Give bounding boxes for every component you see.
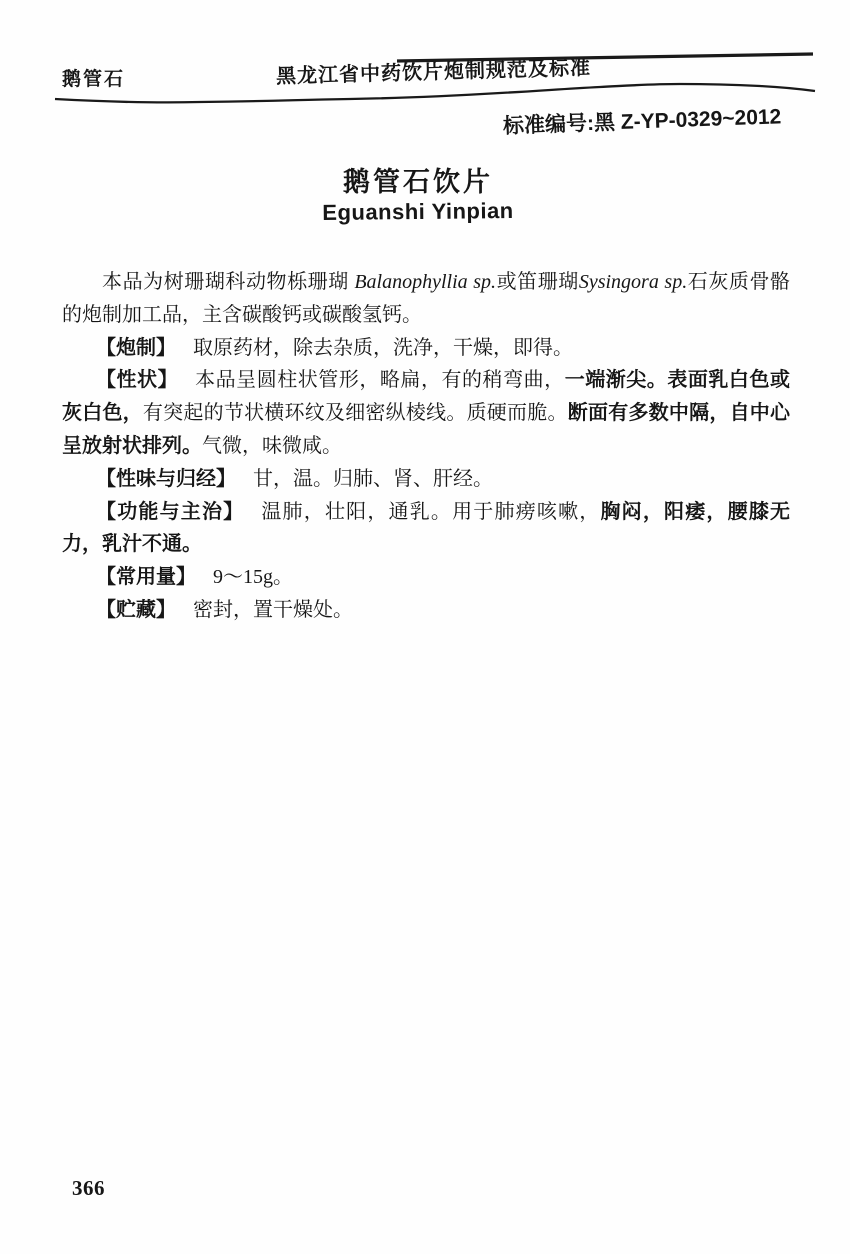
section-paozhi: 【炮制】取原药材，除去杂质，洗净，干燥，即得。 [62,332,790,365]
section-changyongliang: 【常用量】9～15g。 [62,561,790,594]
section-text-xingwei-guijing: 甘，温。归肺、肾、肝经。 [253,468,493,490]
section-label-xingzhuang: 【性状】 [96,369,178,391]
intro-lead: 本品为树珊瑚科动物栎珊瑚 [102,271,354,293]
monograph-body: 本品为树珊瑚科动物栎珊瑚 Balanophyllia sp.或笛珊瑚Sysing… [62,266,790,627]
section-label-zhucang: 【贮藏】 [96,599,176,621]
section-label-paozhi: 【炮制】 [96,337,176,359]
intro-paragraph: 本品为树珊瑚科动物栎珊瑚 Balanophyllia sp.或笛珊瑚Sysing… [62,266,790,332]
intro-mid: 或笛珊瑚 [496,271,579,293]
section-label-xingwei-guijing: 【性味与归经】 [96,468,236,490]
section-text-zhucang: 密封，置干燥处。 [193,599,353,621]
section-gongneng-zhuzhi: 【功能与主治】温肺，壮阳，通乳。用于肺痨咳嗽，胸闷，阳痿，腰膝无力，乳汁不通。 [62,496,790,562]
page-number: 366 [72,1176,105,1201]
section-zhucang: 【贮藏】密封，置干燥处。 [62,594,790,627]
latin-name-sysingora: Sysingora sp. [579,271,687,293]
section-label-changyongliang: 【常用量】 [96,566,196,588]
xingzhuang-seg5: 气微，味微咸。 [202,435,342,457]
section-xingwei-guijing: 【性味与归经】甘，温。归肺、肾、肝经。 [62,463,790,496]
section-label-gongneng-zhuzhi: 【功能与主治】 [96,501,244,523]
xingzhuang-seg3: 有突起的节状横环纹及细密纵棱线。质硬而脆。 [143,402,568,424]
monograph-title: 鹅管石饮片 [0,160,843,199]
section-xingzhuang: 【性状】本品呈圆柱状管形，略扁，有的稍弯曲，一端渐尖。表面乳白色或灰白色，有突起… [62,364,790,462]
xingzhuang-seg1: 本品呈圆柱状管形，略扁，有的稍弯曲， [195,369,565,391]
scanned-document-page: 鹅管石 黑龙江省中药饮片炮制规范及标准 标准编号:黑 Z-YP-0329~201… [0,0,850,1254]
section-text-changyongliang: 9～15g。 [213,566,293,588]
monograph-title-pinyin: Eguanshi Yinpian [0,195,843,230]
header-rule-top [395,48,815,66]
gongneng-seg1: 温肺，壮阳，通乳。用于肺痨咳嗽， [261,501,600,523]
section-text-paozhi: 取原药材，除去杂质，洗净，干燥，即得。 [193,337,573,359]
latin-name-balanophyllia: Balanophyllia sp. [354,271,496,293]
